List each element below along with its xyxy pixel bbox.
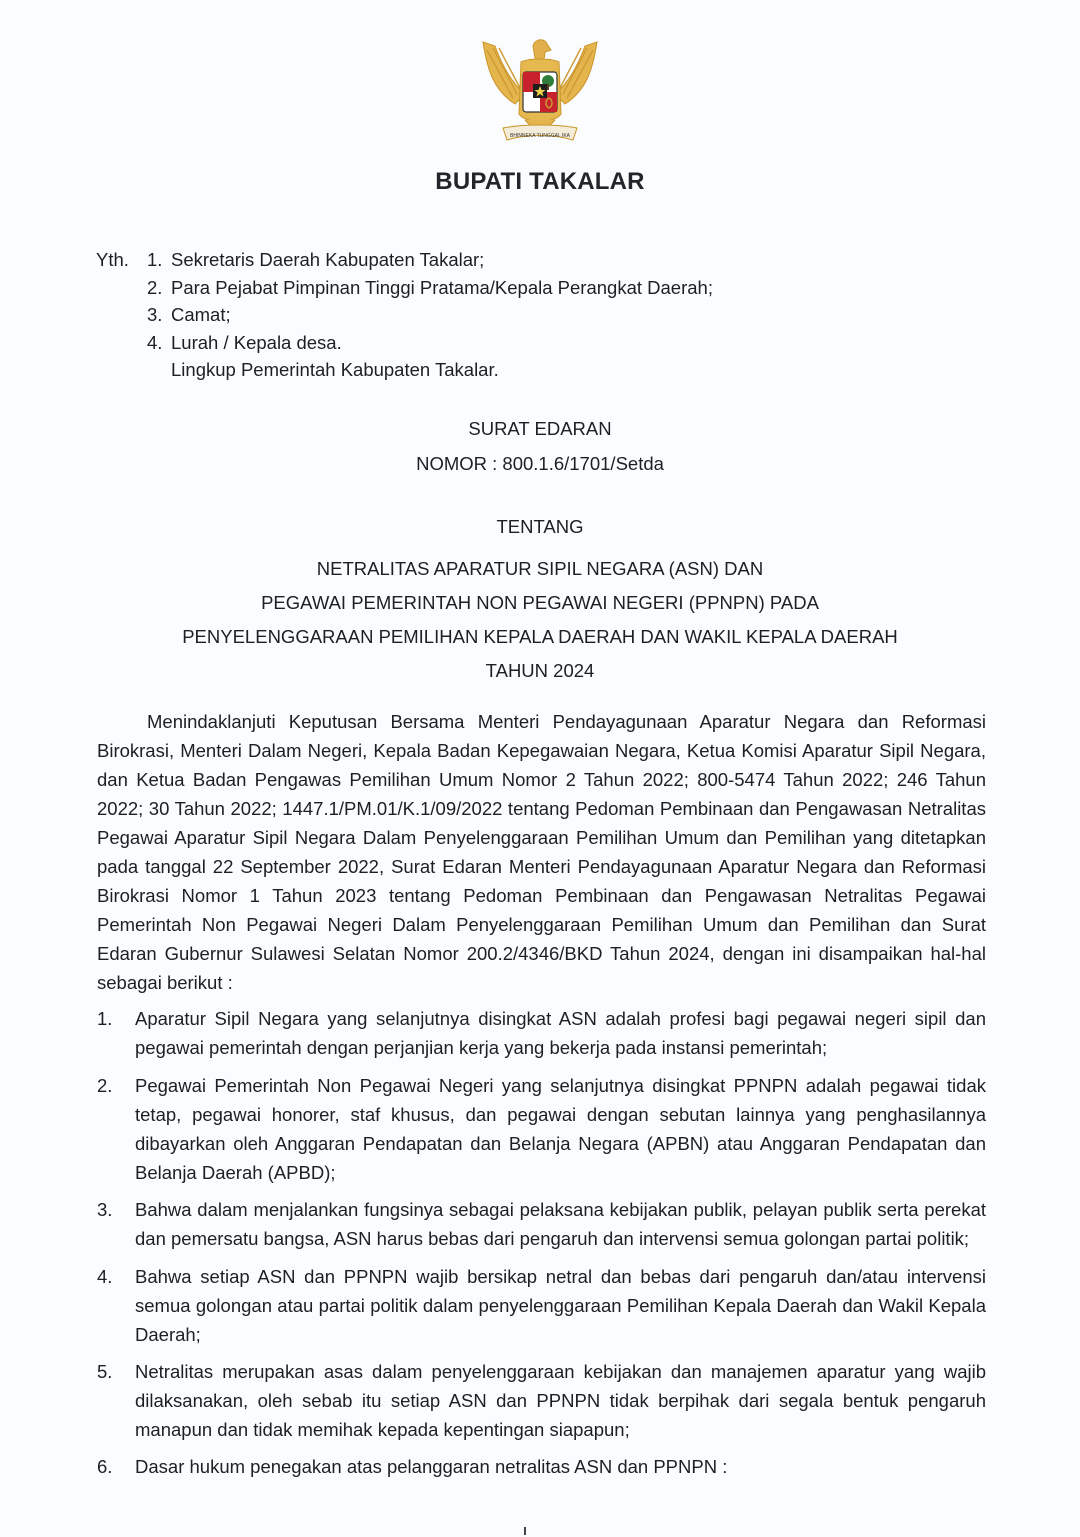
subject-line: PEGAWAI PEMERINTAH NON PEGAWAI NEGERI (P… bbox=[0, 586, 1080, 620]
subject-line: PENYELENGGARAAN PEMILIHAN KEPALA DAERAH … bbox=[0, 620, 1080, 654]
circular-title: SURAT EDARAN bbox=[0, 418, 1080, 440]
addressee-prefix: Yth. bbox=[96, 246, 129, 274]
addressee-item: 4.Lurah / Kepala desa. bbox=[147, 329, 847, 357]
point-item: 1.Aparatur Sipil Negara yang selanjutnya… bbox=[97, 1004, 986, 1062]
letterhead-title: BUPATI TAKALAR bbox=[0, 168, 1080, 196]
svg-text:BHINNEKA TUNGGAL IKA: BHINNEKA TUNGGAL IKA bbox=[510, 133, 571, 139]
intro-paragraph: Menindaklanjuti Keputusan Bersama Menter… bbox=[97, 707, 986, 997]
page-number-mark bbox=[524, 1527, 526, 1535]
subject-line: NETRALITAS APARATUR SIPIL NEGARA (ASN) D… bbox=[0, 552, 1080, 586]
points-list: 1.Aparatur Sipil Negara yang selanjutnya… bbox=[97, 1004, 986, 1481]
addressee-list: 1.Sekretaris Daerah Kabupaten Takalar; 2… bbox=[147, 246, 847, 384]
point-item: 4.Bahwa setiap ASN dan PPNPN wajib bersi… bbox=[97, 1262, 986, 1349]
about-label: TENTANG bbox=[0, 516, 1080, 538]
addressee-scope: Lingkup Pemerintah Kabupaten Takalar. bbox=[147, 356, 847, 384]
circular-number: NOMOR : 800.1.6/1701/Setda bbox=[0, 453, 1080, 475]
point-item: 3.Bahwa dalam menjalankan fungsinya seba… bbox=[97, 1195, 986, 1253]
garuda-emblem-icon: BHINNEKA TUNGGAL IKA bbox=[473, 28, 607, 152]
document-page: BHINNEKA TUNGGAL IKA BUPATI TAKALAR Yth.… bbox=[0, 0, 1080, 1537]
addressee-item: 3.Camat; bbox=[147, 301, 847, 329]
point-item: 6.Dasar hukum penegakan atas pelanggaran… bbox=[97, 1452, 986, 1481]
addressee-item: 1.Sekretaris Daerah Kabupaten Takalar; bbox=[147, 246, 847, 274]
point-item: 2.Pegawai Pemerintah Non Pegawai Negeri … bbox=[97, 1071, 986, 1187]
point-item: 5.Netralitas merupakan asas dalam penyel… bbox=[97, 1357, 986, 1444]
addressee-item: 2.Para Pejabat Pimpinan Tinggi Pratama/K… bbox=[147, 274, 847, 302]
subject-line: TAHUN 2024 bbox=[0, 654, 1080, 688]
circular-subject: NETRALITAS APARATUR SIPIL NEGARA (ASN) D… bbox=[0, 552, 1080, 688]
